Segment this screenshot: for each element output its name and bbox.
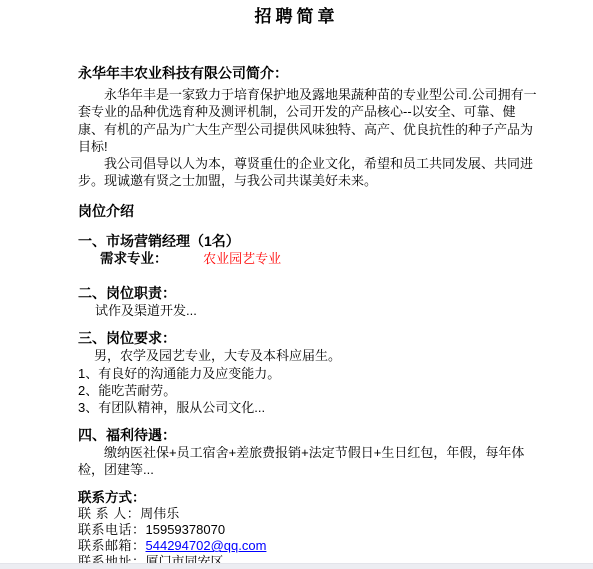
company-intro-paragraph-2: 我公司倡导以人为本，尊贤重仕的企业文化，希望和员工共同发展、共同进步。现诚邀有贤… [78, 155, 541, 190]
contact-person-value: 周伟乐 [140, 506, 179, 521]
contact-section-heading: 联系方式： [78, 489, 541, 506]
requirements-intro: 男，农学及园艺专业，大专及本科应届生。 [78, 347, 541, 364]
contact-phone-label: 联系电话： [78, 522, 146, 537]
requirement-item: 1、有良好的沟通能力及应变能力。 [78, 365, 541, 382]
required-major-value: 农业园艺专业 [203, 251, 281, 266]
document-page: 招聘简章 永华年丰农业科技有限公司简介： 永华年丰是一家致力于培育保护地及露地果… [0, 0, 593, 569]
benefits-section-heading: 四、福利待遇： [78, 426, 541, 444]
contact-email-row: 联系邮箱：544294702@qq.com [78, 538, 541, 554]
company-intro-paragraph-1: 永华年丰是一家致力于培育保护地及露地果蔬种苗的专业型公司.公司拥有一套专业的品种… [78, 86, 541, 155]
requirement-item: 2、能吃苦耐劳。 [78, 382, 541, 399]
contact-phone-value: 15959378070 [146, 522, 226, 537]
required-major-line: 需求专业： 农业园艺专业 [78, 250, 541, 267]
contact-email-link[interactable]: 544294702@qq.com [146, 538, 267, 553]
required-major-label: 需求专业： [100, 251, 168, 266]
company-intro-heading: 永华年丰农业科技有限公司简介： [78, 64, 541, 82]
requirement-item: 3、有团队精神，服从公司文化... [78, 399, 541, 416]
duties-section-heading: 二、岗位职责： [78, 284, 541, 302]
contact-person-label: 联 系 人： [78, 506, 140, 521]
benefits-text: 缴纳医社保+员工宿舍+差旅费报销+法定节假日+生日红包，年假，每年体检，团建等.… [78, 444, 541, 479]
contact-person-row: 联 系 人：周伟乐 [78, 506, 541, 522]
contact-email-label: 联系邮箱： [78, 538, 146, 553]
document-body: 永华年丰农业科技有限公司简介： 永华年丰是一家致力于培育保护地及露地果蔬种苗的专… [0, 64, 593, 569]
contact-phone-row: 联系电话：15959378070 [78, 522, 541, 538]
positions-section-heading: 岗位介绍 [78, 202, 541, 220]
requirements-section-heading: 三、岗位要求： [78, 329, 541, 347]
job-title-heading: 一、市场营销经理（1名） [78, 232, 541, 250]
document-title: 招聘简章 [0, 6, 593, 28]
duties-text: 试作及渠道开发... [78, 302, 541, 319]
window-bottom-edge [0, 563, 593, 569]
